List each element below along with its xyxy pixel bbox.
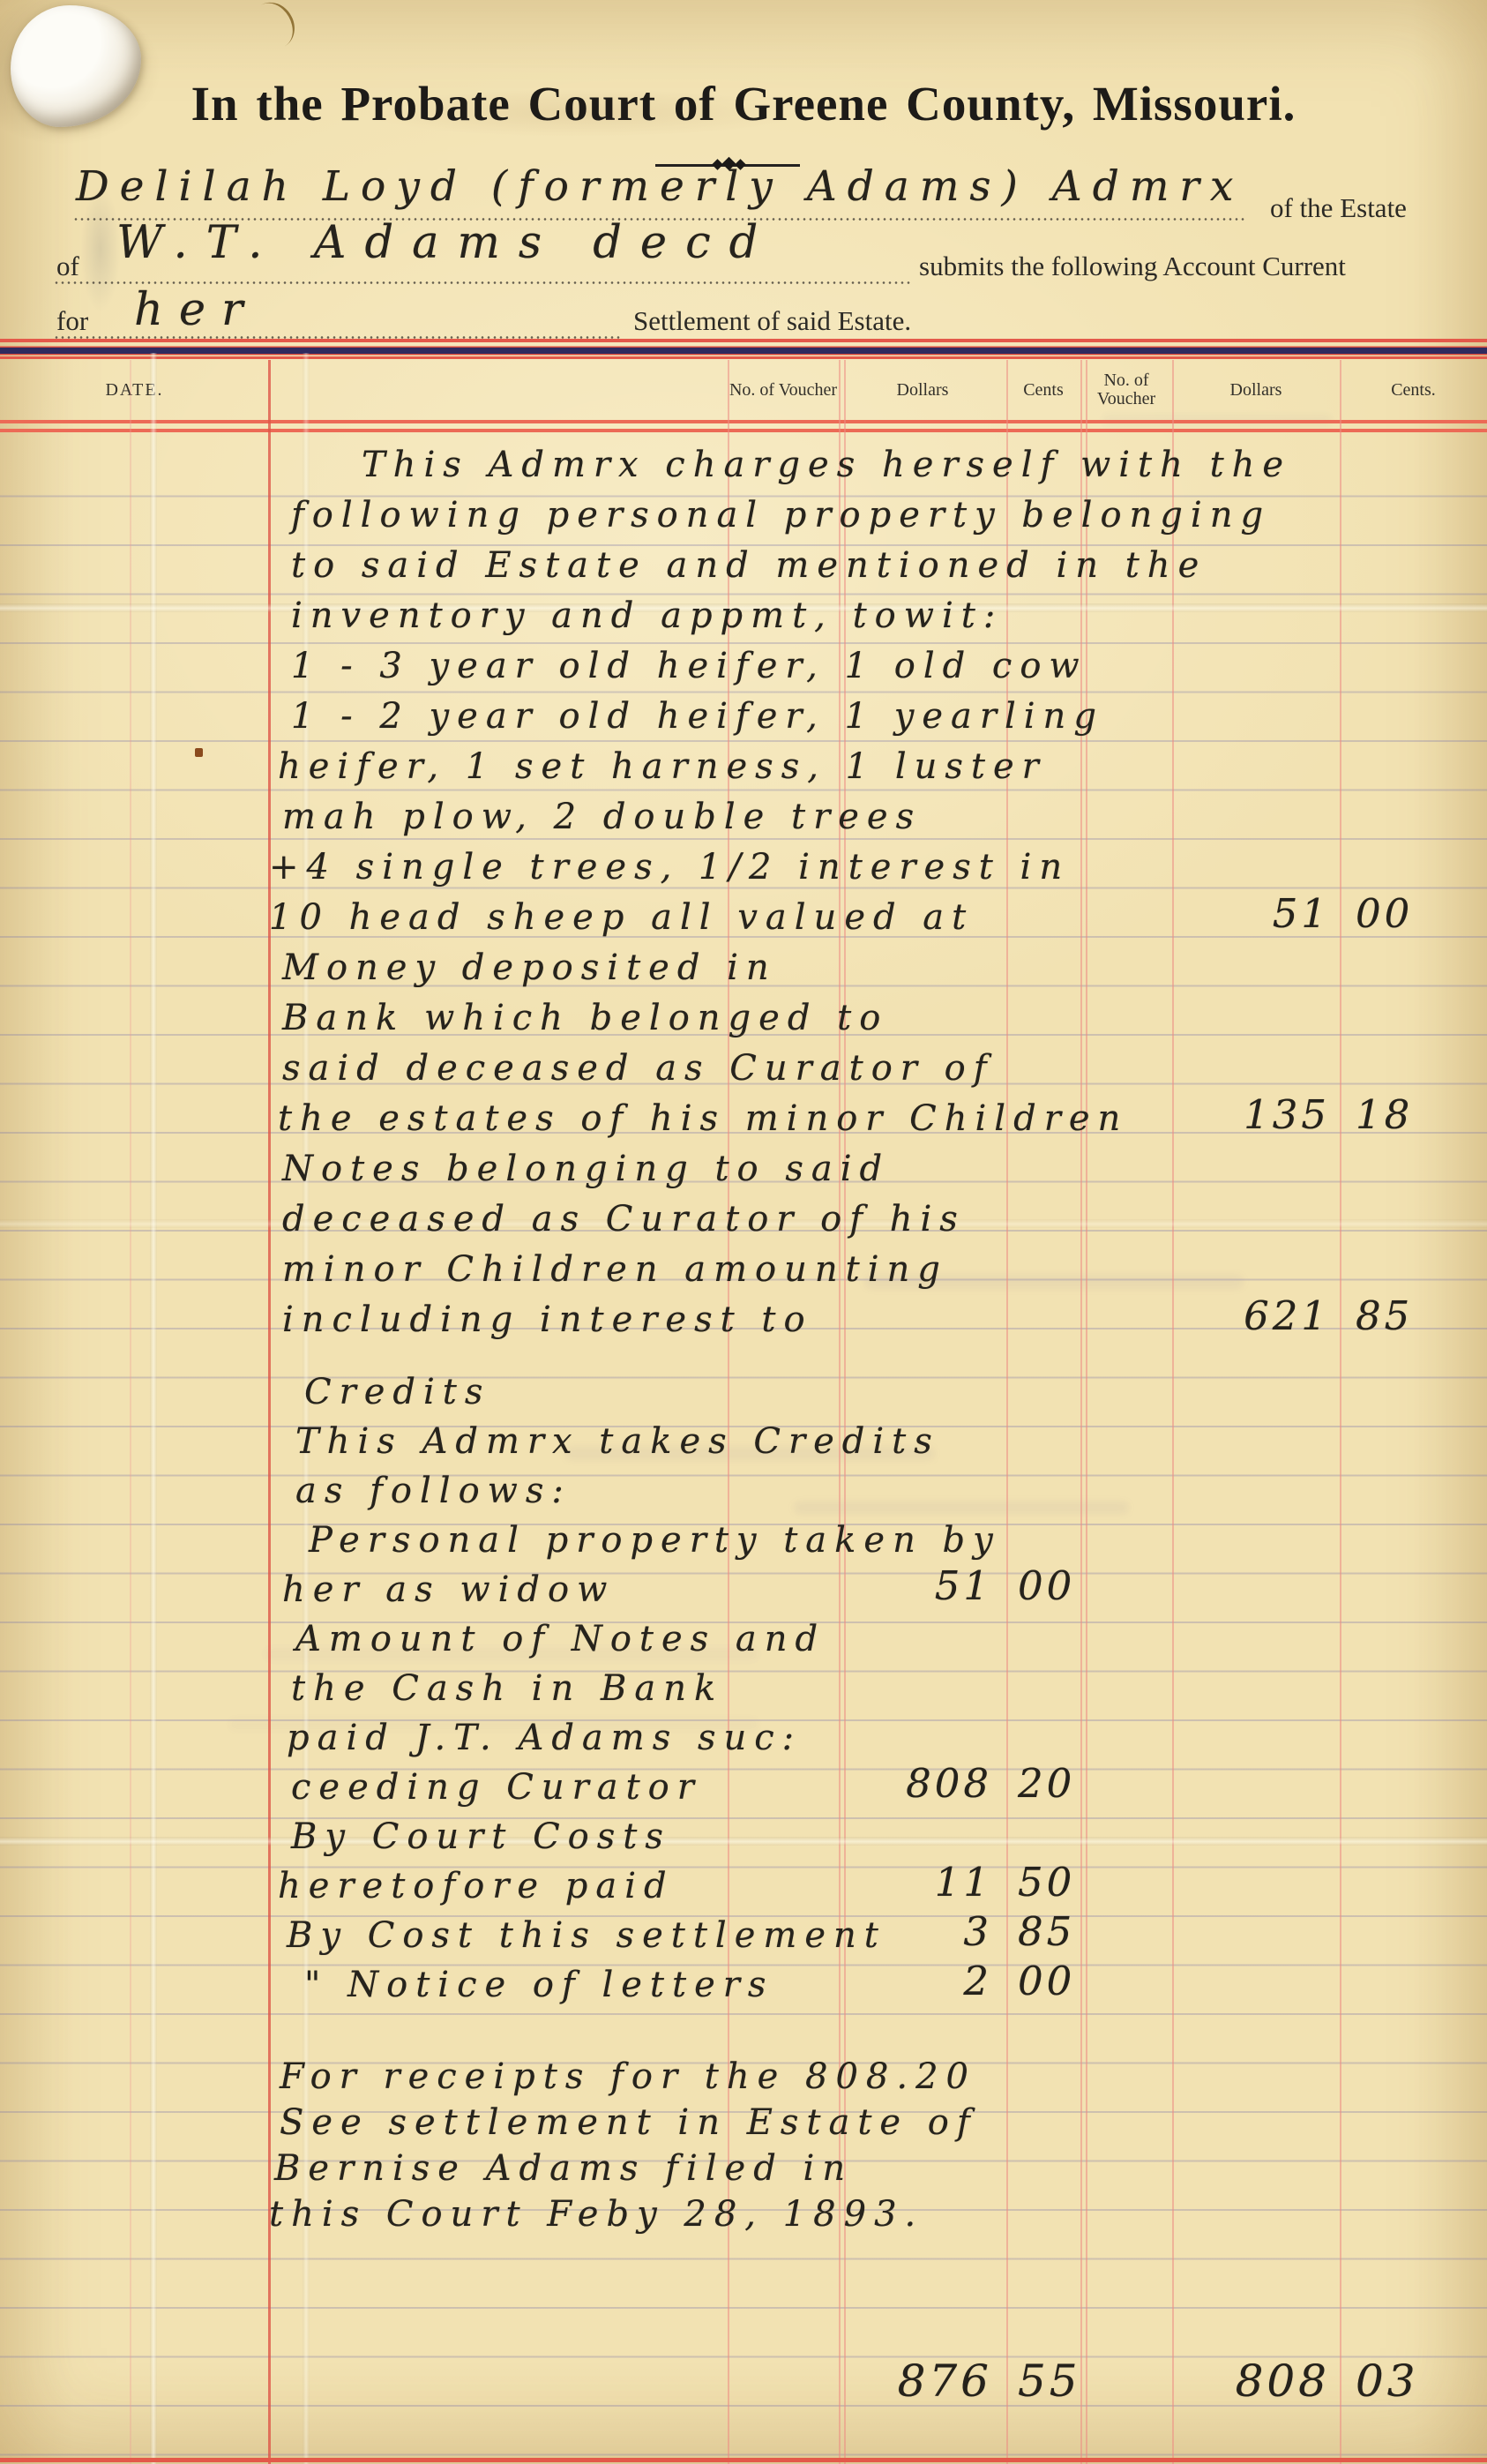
ledger-line: 10 head sheep all valued at5100 [269,894,1487,944]
amount-c2: 18 [1356,1091,1413,1138]
ledger-line: For receipts for the 808.20 [269,2053,1487,2103]
ledger-line: this Court Feby 28, 1893. [269,2191,1487,2241]
ledger-line: " Notice of letters200 [269,1961,1487,2011]
total-dollars-2: 808 [1170,2355,1330,2407]
ledger-line: +4 single trees, 1/2 interest in [269,843,1487,894]
ledger-line: said deceased as Curator of [269,1045,1487,1095]
label-of-the-estate: of the Estate [1270,192,1407,224]
table-top-rule-red [0,339,1487,342]
ledger-line: This Admrx charges herself with the [269,441,1487,491]
ledger-line: 1 - 3 year old heifer, 1 old cow [269,642,1487,693]
ledger-line-text: ceeding Curator [269,1764,702,1811]
amount-c1: 85 [1018,1908,1075,1955]
ledger-line-text: Bank which belonged to [269,994,888,1042]
amount-c1: 50 [1018,1859,1075,1906]
ink-mark [243,0,303,56]
column-header-dollars-2: Dollars [1172,360,1340,420]
amount-d1: 3 [841,1908,992,1955]
ledger-line-text: the Cash in Bank [269,1665,723,1712]
settlement-ordinal-handwritten: her [134,284,258,336]
ledger-line-text: including interest to [269,1296,813,1344]
label-submits-account: submits the following Account Current [919,251,1346,282]
ledger-line-text: Bernise Adams filed in [269,2145,853,2192]
ledger-line: following personal property belonging [269,491,1487,542]
ledger-line-text: minor Children amounting [269,1246,948,1293]
ledger-line: Personal property taken by [269,1517,1487,1567]
ledger-line-text: By Court Costs [269,1813,671,1861]
ledger-line-text: inventory and appmt, towit: [269,592,1003,640]
column-header-dollars-1: Dollars [839,360,1006,420]
ledger-line: including interest to62185 [269,1296,1487,1346]
ledger-section-debits: This Admrx charges herself with thefollo… [269,441,1487,1367]
ledger-line: inventory and appmt, towit: [269,592,1487,642]
column-line [130,360,131,2464]
ledger-line-text: See settlement in Estate of [269,2099,978,2146]
ledger-line-text: Amount of Notes and [269,1615,826,1663]
decedent-name-handwritten: W.T. Adams decd [116,217,776,269]
ledger-line: heifer, 1 set harness, 1 luster [269,743,1487,793]
amount-c1: 00 [1018,1958,1075,2004]
ledger-line-text: heifer, 1 set harness, 1 luster [269,743,1047,790]
ledger-line-text: 10 head sheep all valued at [269,894,974,941]
ledger-line-text: heretofore paid [269,1862,675,1910]
totals-row: 876 55 808 03 [269,2350,1487,2423]
label-settlement: Settlement of said Estate. [633,305,911,337]
ledger-line: minor Children amounting [269,1246,1487,1296]
column-header-voucher-2: No. of Voucher [1080,360,1172,420]
ledger-line-text: This Admrx charges herself with the [269,441,1291,489]
page-title: In the Probate Court of Greene County, M… [0,76,1487,131]
column-header-voucher-1: No. of Voucher [728,360,839,420]
probate-account-document: In the Probate Court of Greene County, M… [0,0,1487,2464]
amount-c2: 85 [1356,1292,1413,1339]
ledger-line-text: to said Estate and mentioned in the [269,542,1207,589]
ledger-section-closing: For receipts for the 808.20See settlemen… [269,2053,1487,2256]
ledger-line-text: Credits [269,1368,490,1416]
total-cents-2: 03 [1356,2355,1419,2407]
amount-c2: 00 [1356,890,1413,937]
administratrix-name-handwritten: Delilah Loyd (formerly Adams) Admrx [76,162,1244,211]
amount-d2: 51 [1170,890,1330,937]
ledger-line-text: " Notice of letters [269,1961,773,2009]
ledger-line-text: Notes belonging to said [269,1145,890,1193]
ledger-line-text: as follows: [269,1467,572,1515]
ledger-line: By Cost this settlement385 [269,1912,1487,1962]
column-header-cents-2: Cents. [1340,360,1487,420]
total-cents-1: 55 [1018,2355,1081,2407]
ledger-line: as follows: [269,1467,1487,1517]
ledger-section-credits: CreditsThis Admrx takes Creditsas follow… [269,1368,1487,2039]
amount-d2: 135 [1170,1091,1330,1138]
ledger-line: Credits [269,1368,1487,1419]
ledger-line: mah plow, 2 double trees [269,793,1487,843]
ledger-line-text: By Cost this settlement [269,1912,886,1959]
ledger-line: Amount of Notes and [269,1615,1487,1666]
ledger-line-text: For receipts for the 808.20 [269,2053,976,2101]
ledger-line: ceeding Curator80820 [269,1764,1487,1814]
column-header-cents-1: Cents [1006,360,1080,420]
ledger-line-text: 1 - 2 year old heifer, 1 yearling [269,693,1104,740]
ledger-line: the estates of his minor Children13518 [269,1095,1487,1145]
ledger-line-text: this Court Feby 28, 1893. [269,2191,923,2238]
column-header-date: DATE. [0,360,269,420]
amount-d1: 51 [841,1562,992,1609]
total-dollars-1: 876 [841,2355,992,2407]
table-top-rule-navy [0,348,1487,354]
ledger-line: 1 - 2 year old heifer, 1 yearling [269,693,1487,743]
ledger-line-text: her as widow [269,1566,615,1614]
label-of: of [56,251,79,282]
ledger-line: By Court Costs [269,1813,1487,1863]
ledger-line: Notes belonging to said [269,1145,1487,1195]
ledger-line: Bank which belonged to [269,994,1487,1045]
ledger-line-text: Money deposited in [269,944,777,992]
table-top-rule-red [0,356,1487,359]
header-bottom-rule [0,420,1487,423]
ledger-line: This Admrx takes Credits [269,1418,1487,1468]
ledger-line-text: Personal property taken by [269,1517,1001,1564]
amount-d1: 11 [841,1859,992,1906]
ledger-line: the Cash in Bank [269,1665,1487,1715]
ledger-line-text: said deceased as Curator of [269,1045,995,1092]
ledger-line: See settlement in Estate of [269,2099,1487,2149]
ledger-line: to said Estate and mentioned in the [269,542,1487,592]
ledger-line: deceased as Curator of his [269,1195,1487,1246]
ledger-line-text: deceased as Curator of his [269,1195,966,1243]
table-header-row: DATE. No. of Voucher Dollars Cents No. o… [0,360,1487,420]
header-bottom-rule [0,429,1487,432]
label-for: for [56,305,88,337]
amount-d1: 2 [841,1958,992,2004]
page-bottom-rule [0,2458,1487,2462]
ledger-line-text: following personal property belonging [269,491,1271,539]
ledger-line-text: the estates of his minor Children [269,1095,1128,1142]
amount-c1: 20 [1018,1760,1075,1807]
ledger-line: Bernise Adams filed in [269,2145,1487,2195]
ledger-line-text: +4 single trees, 1/2 interest in [269,843,1070,891]
ledger-line-text: paid J.T. Adams suc: [269,1714,802,1762]
ledger-line: paid J.T. Adams suc: [269,1714,1487,1764]
amount-d1: 808 [841,1760,992,1807]
ledger-line-text: This Admrx takes Credits [269,1418,940,1465]
amount-c1: 00 [1018,1562,1075,1609]
ledger-line: heretofore paid1150 [269,1862,1487,1913]
ledger-line: Money deposited in [269,944,1487,994]
amount-d2: 621 [1170,1292,1330,1339]
ledger-line: her as widow5100 [269,1566,1487,1616]
paper-crease [150,353,157,2464]
ledger-line-text: 1 - 3 year old heifer, 1 old cow [269,642,1087,690]
ledger-line-text: mah plow, 2 double trees [269,793,922,841]
